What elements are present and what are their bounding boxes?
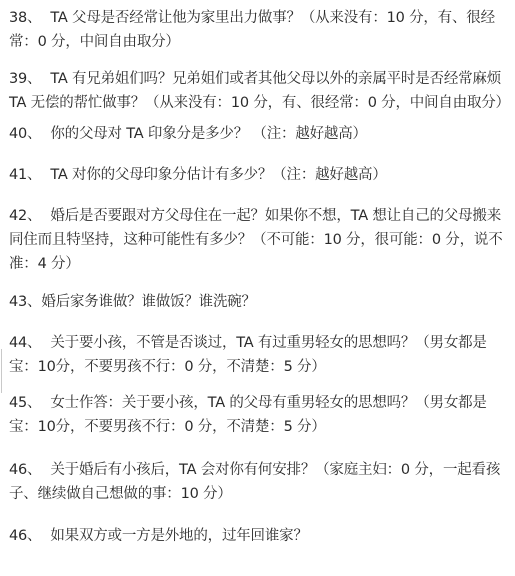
question-text: 关于婚后有小孩后，TA 会对你有何安排？（家庭主妇：0 分，一起看孩子、继续做自…	[9, 462, 500, 502]
question-text: 关于要小孩，不管是否谈过，TA 有过重男轻女的思想吗？（男女都是宝：10分，不要…	[9, 335, 487, 375]
question-text: 婚后家务谁做？谁做饭？谁洗碗？	[41, 294, 256, 310]
watermark	[355, 525, 505, 565]
question-44: 44、关于要小孩，不管是否谈过，TA 有过重男轻女的思想吗？（男女都是宝：10分…	[9, 331, 513, 379]
question-number: 46、	[9, 462, 41, 478]
question-number: 45、	[9, 395, 41, 411]
question-text: 你的父母对 TA 印象分是多少？ （注：越好越高）	[50, 126, 366, 142]
question-41: 41、TA 对你的父母印象分估计有多少？（注：越好越高）	[9, 163, 513, 187]
question-number: 39、	[9, 71, 41, 87]
question-text: TA 对你的父母印象分估计有多少？（注：越好越高）	[50, 167, 386, 183]
question-text: 如果双方或一方是外地的，过年回谁家？	[50, 528, 307, 544]
question-45: 45、女士作答：关于要小孩，TA 的父母有重男轻女的思想吗？（男女都是宝：10分…	[9, 391, 513, 439]
question-text: TA 有兄弟姐们吗？兄弟姐们或者其他父母以外的亲属平时是否经常麻烦 TA 无偿的…	[9, 71, 510, 111]
question-number: 38、	[9, 10, 41, 26]
question-text: 婚后是否要跟对方父母住在一起？如果你不想，TA 想让自己的父母搬来同住而且特坚持…	[9, 208, 503, 272]
question-text: 女士作答：关于要小孩，TA 的父母有重男轻女的思想吗？（男女都是宝：10分，不要…	[9, 395, 487, 435]
question-39: 39、TA 有兄弟姐们吗？兄弟姐们或者其他父母以外的亲属平时是否经常麻烦 TA …	[9, 67, 513, 115]
question-46-childcare: 46、关于婚后有小孩后，TA 会对你有何安排？（家庭主妇：0 分，一起看孩子、继…	[9, 458, 513, 506]
question-40: 40、你的父母对 TA 印象分是多少？ （注：越好越高）	[9, 122, 513, 146]
left-border-line	[1, 349, 2, 393]
question-43: 43、婚后家务谁做？谁做饭？谁洗碗？	[9, 290, 513, 314]
question-number: 44、	[9, 335, 41, 351]
question-number: 41、	[9, 167, 41, 183]
question-number: 46、	[9, 528, 41, 544]
question-number: 43、	[9, 294, 41, 310]
question-38: 38、TA 父母是否经常让他为家里出力做事？（从来没有：10 分，有、很经常：0…	[9, 6, 513, 54]
question-text: TA 父母是否经常让他为家里出力做事？（从来没有：10 分，有、很经常：0 分，…	[9, 10, 495, 50]
question-number: 40、	[9, 126, 41, 142]
question-42: 42、婚后是否要跟对方父母住在一起？如果你不想，TA 想让自己的父母搬来同住而且…	[9, 204, 513, 276]
question-number: 42、	[9, 208, 41, 224]
